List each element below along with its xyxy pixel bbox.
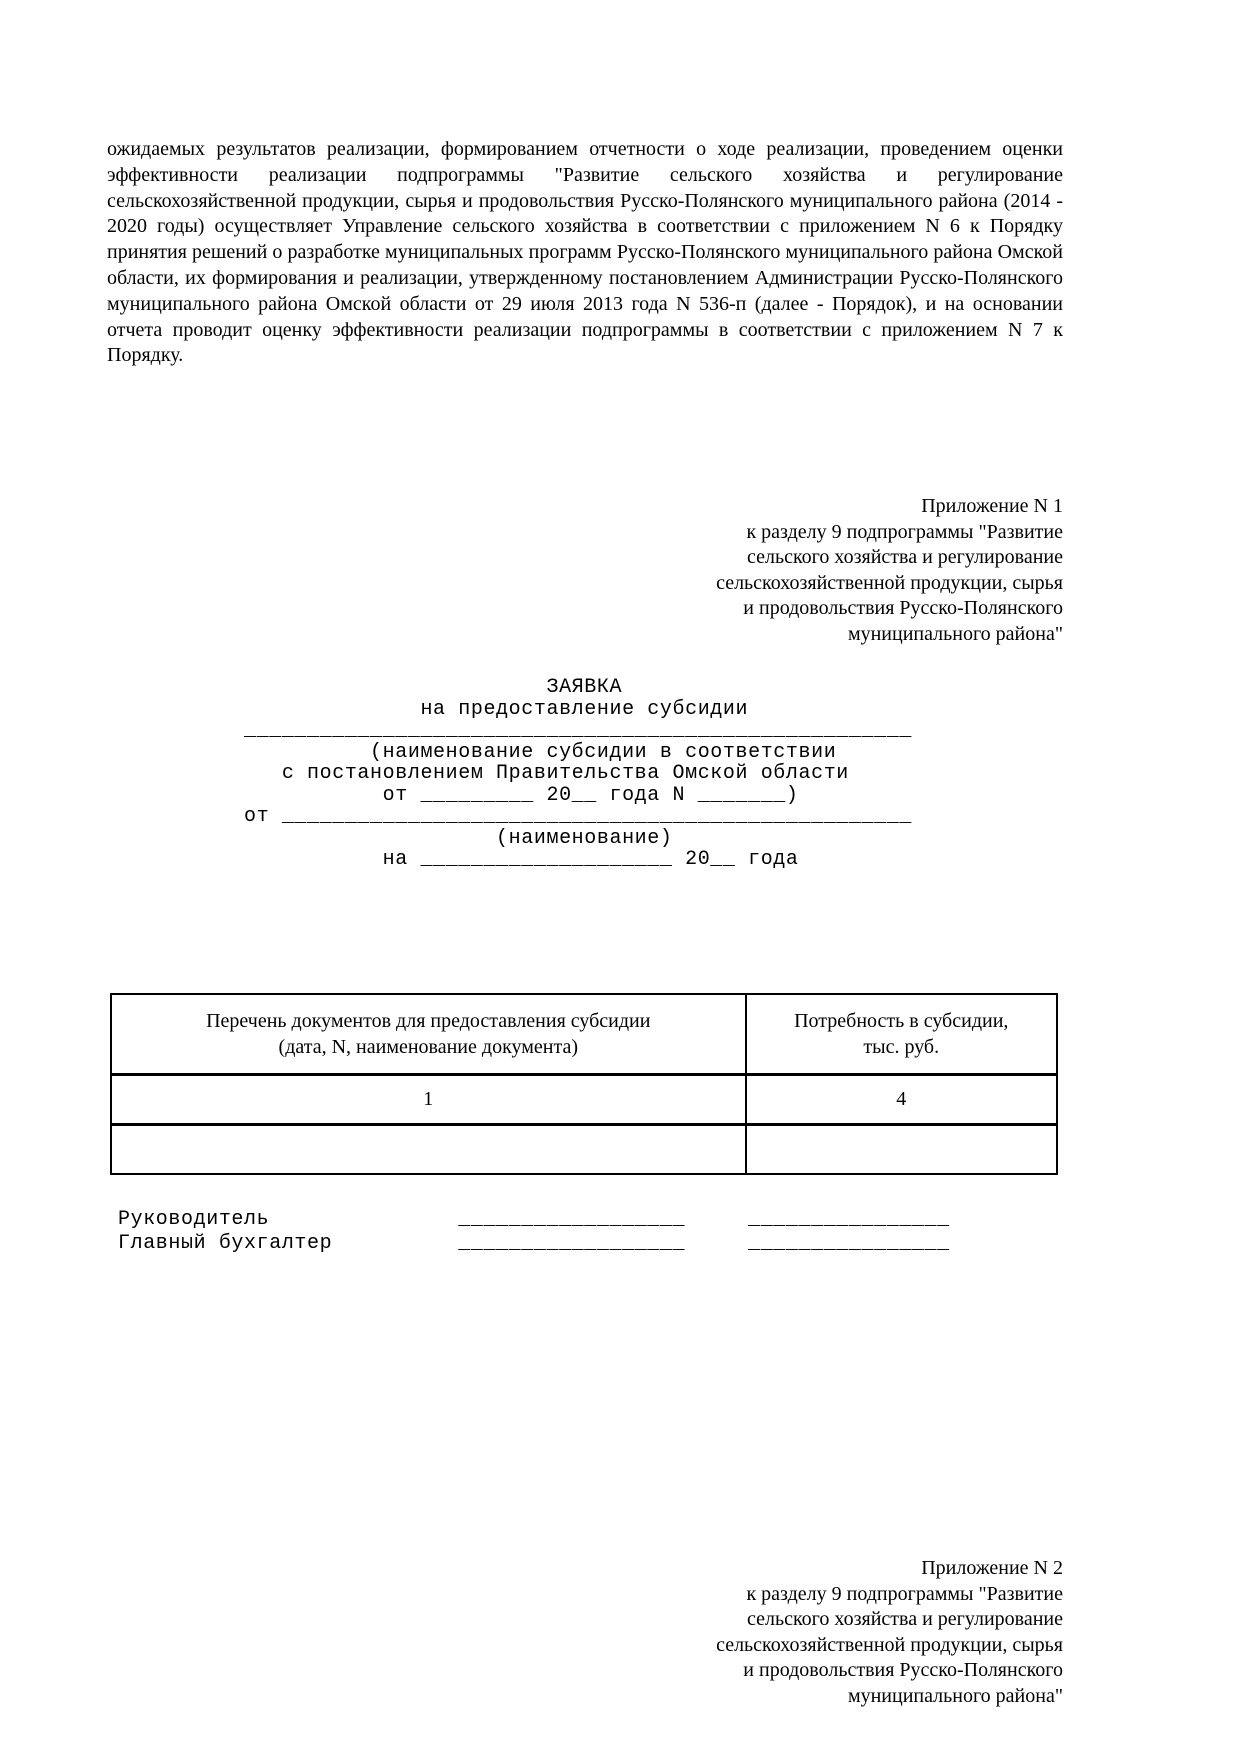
form-caption-line: (наименование) bbox=[118, 828, 912, 850]
intro-paragraph: ожидаемых результатов реализации, формир… bbox=[107, 137, 1063, 369]
form-title-line: ЗАЯВКА bbox=[118, 677, 912, 699]
annex-2-line: сельскохозяйственной продукции, сырья bbox=[716, 1633, 1063, 1659]
form-subtitle-line: на предоставление субсидии bbox=[118, 699, 912, 721]
form-caption-line: с постановлением Правительства Омской об… bbox=[118, 763, 912, 785]
table-header-amount-line2: тыс. руб. bbox=[757, 1034, 1046, 1060]
table-column-number-1: 1 bbox=[111, 1074, 746, 1124]
subsidy-application-form: ЗАЯВКА на предоставление субсидии ______… bbox=[118, 677, 912, 871]
table-column-number-row: 1 4 bbox=[111, 1074, 1057, 1124]
annex-1-line: сельскохозяйственной продукции, сырья bbox=[716, 571, 1063, 597]
annex-2-line: и продовольствия Русско-Полянского bbox=[716, 1658, 1063, 1684]
annex-1-line: и продовольствия Русско-Полянского bbox=[716, 596, 1063, 622]
form-applicant-line: от _____________________________________… bbox=[118, 806, 912, 828]
annex-2-line: сельского хозяйства и регулирование bbox=[716, 1607, 1063, 1633]
form-date-number-line: от _________ 20__ года N _______) bbox=[118, 785, 912, 807]
form-period-line: на ____________________ 20__ года bbox=[118, 849, 912, 871]
annex-1-line: к разделу 9 подпрограммы "Развитие bbox=[716, 520, 1063, 546]
table-header-documents-line1: Перечень документов для предоставления с… bbox=[122, 1008, 735, 1034]
annex-1-line: муниципального района" bbox=[716, 622, 1063, 648]
table-header-documents: Перечень документов для предоставления с… bbox=[111, 994, 746, 1074]
form-caption-line: (наименование субсидии в соответствии bbox=[118, 742, 912, 764]
table-column-number-2: 4 bbox=[746, 1074, 1057, 1124]
table-empty-cell bbox=[111, 1124, 746, 1174]
annex-1-block: Приложение N 1 к разделу 9 подпрограммы … bbox=[716, 494, 1063, 647]
table-empty-cell bbox=[746, 1124, 1057, 1174]
table-header-amount: Потребность в субсидии, тыс. руб. bbox=[746, 994, 1057, 1074]
annex-2-line: муниципального района" bbox=[716, 1684, 1063, 1710]
signature-block: Руководитель __________________ ________… bbox=[118, 1208, 950, 1256]
annex-2-block: Приложение N 2 к разделу 9 подпрограммы … bbox=[716, 1556, 1063, 1709]
table-empty-row bbox=[111, 1124, 1057, 1174]
table-header-documents-line2: (дата, N, наименование документа) bbox=[122, 1034, 735, 1060]
annex-1-title: Приложение N 1 bbox=[716, 494, 1063, 520]
signature-line-accountant: Главный бухгалтер __________________ ___… bbox=[118, 1232, 950, 1256]
annex-2-title: Приложение N 2 bbox=[716, 1556, 1063, 1582]
annex-1-line: сельского хозяйства и регулирование bbox=[716, 545, 1063, 571]
annex-2-line: к разделу 9 подпрограммы "Развитие bbox=[716, 1582, 1063, 1608]
table-header-row: Перечень документов для предоставления с… bbox=[111, 994, 1057, 1074]
table-header-amount-line1: Потребность в субсидии, bbox=[757, 1008, 1046, 1034]
signature-line-director: Руководитель __________________ ________… bbox=[118, 1208, 950, 1232]
form-blank-field-line: ________________________________________… bbox=[118, 720, 912, 742]
subsidy-documents-table: Перечень документов для предоставления с… bbox=[110, 993, 1058, 1175]
